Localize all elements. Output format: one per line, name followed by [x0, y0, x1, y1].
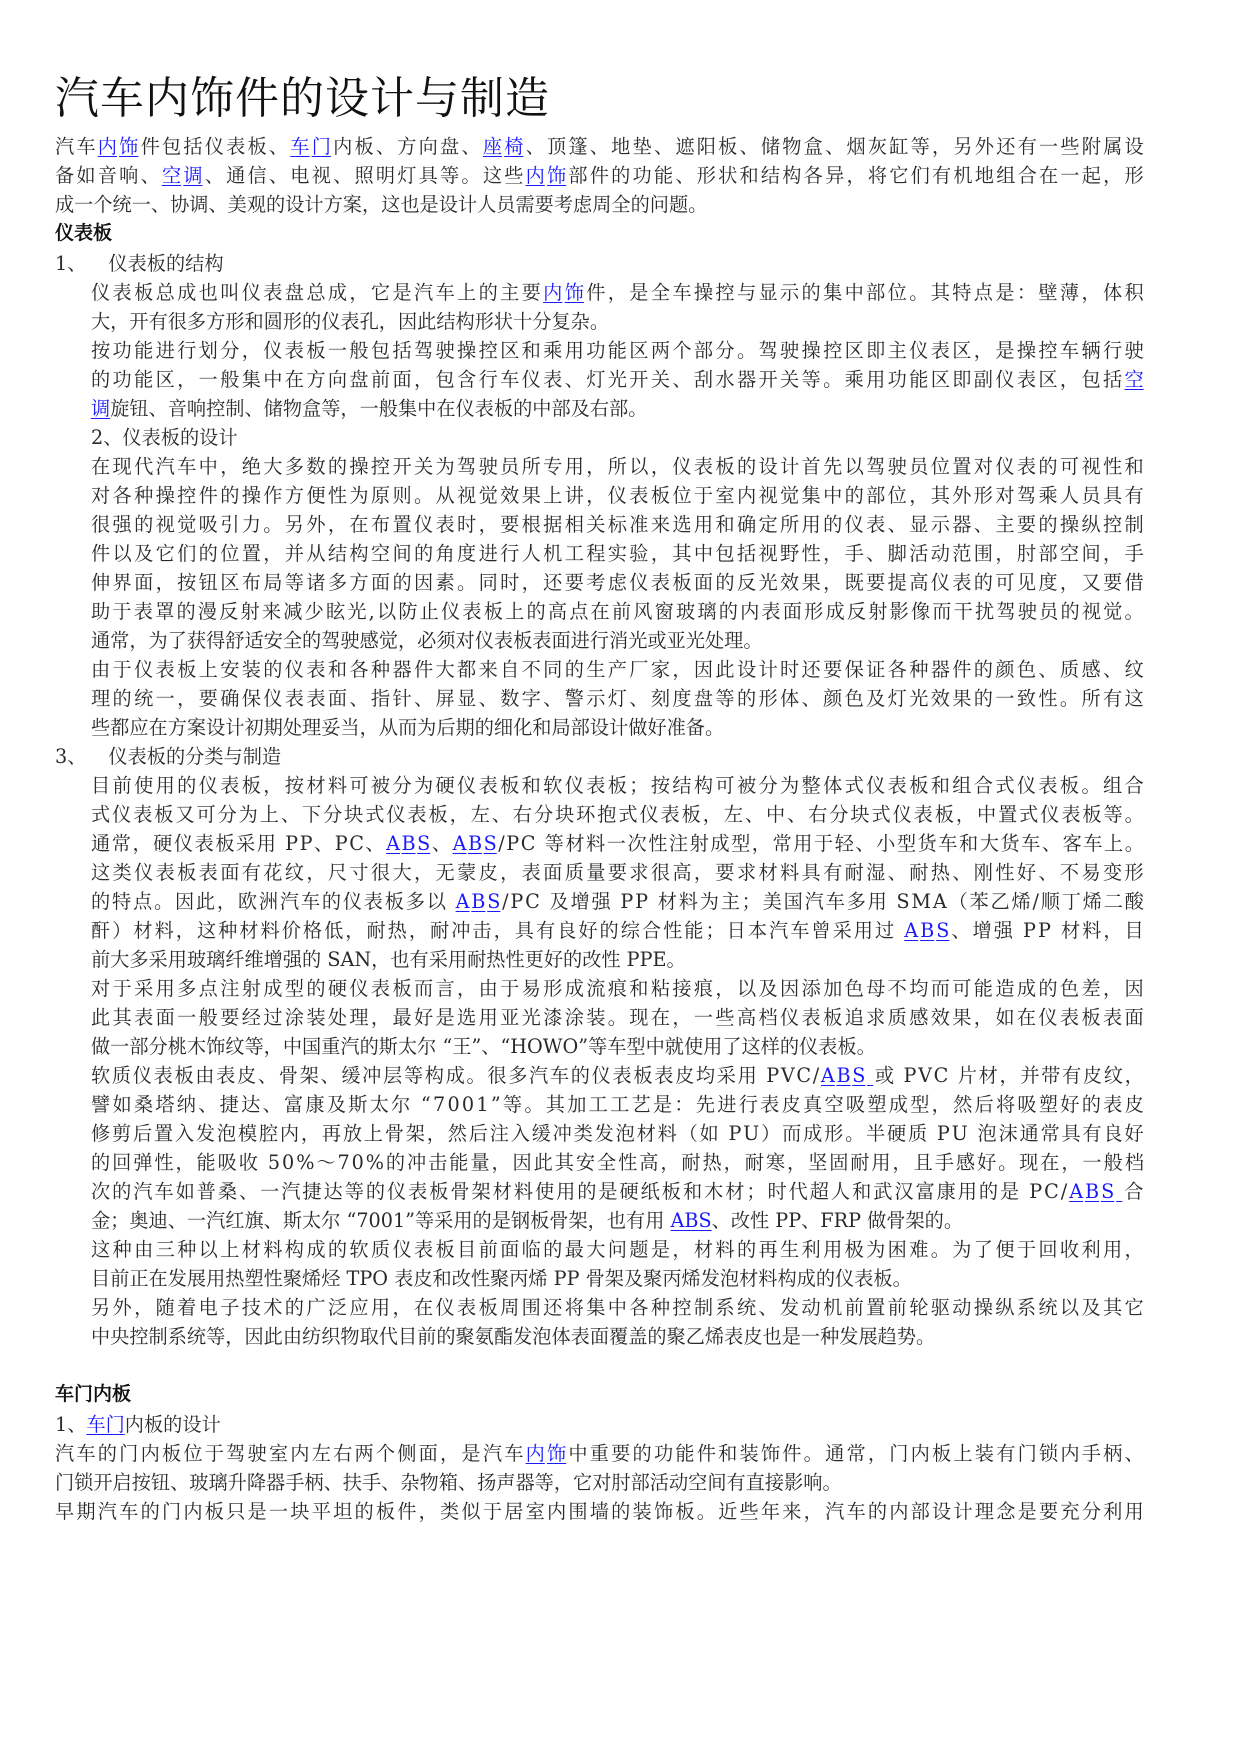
inline-link[interactable]: 调 [91, 397, 110, 420]
char: 光 [758, 568, 777, 597]
char: 加 [823, 974, 842, 1003]
char: 着 [177, 1293, 196, 1322]
char: 上 [260, 800, 279, 829]
char: 统 [134, 684, 153, 713]
char: 区 [931, 365, 950, 394]
char: 而 [932, 597, 951, 626]
char: 板 [932, 1439, 951, 1468]
char: 功 [633, 161, 652, 190]
char: 能 [608, 336, 627, 365]
inline-link-char[interactable]: S [484, 829, 497, 858]
char: 烯 [1083, 887, 1102, 916]
char: 一 [995, 684, 1014, 713]
char: 强 [592, 887, 611, 916]
char: 的 [263, 655, 282, 684]
char: 烯 [1011, 887, 1030, 916]
char: 以 [199, 1235, 218, 1264]
char: 理 [91, 684, 110, 713]
char: 料 [715, 1235, 734, 1264]
char: 差 [1081, 974, 1100, 1003]
char: 有 [1125, 481, 1144, 510]
char: 效 [780, 568, 799, 597]
char: 表 [802, 1003, 821, 1032]
inline-link-char[interactable]: 车 [290, 132, 309, 161]
char: 性 [1038, 684, 1057, 713]
char: ， [371, 1003, 390, 1032]
char: 能 [684, 916, 703, 945]
char: 利 [802, 1235, 821, 1264]
char: 果 [802, 568, 821, 597]
char: 临 [522, 1235, 541, 1264]
char: 划 [199, 336, 218, 365]
char: 门 [1018, 1439, 1037, 1468]
char: 中 [977, 800, 996, 829]
char: 0 [282, 1148, 294, 1177]
char: 将 [996, 1090, 1015, 1119]
char: 操 [349, 452, 368, 481]
subsection-number: 1、 [55, 1413, 86, 1436]
text-line: 按功能进行划分，仪表板一般包括驾驶操控区和乘用功能区两个部分。驾驶操控区即主仪表… [91, 336, 1144, 365]
char: 射 [241, 597, 260, 626]
char: 入 [175, 1119, 194, 1148]
char: 左 [312, 1439, 331, 1468]
inline-link-char[interactable]: B [468, 829, 482, 858]
char: 分 [218, 800, 237, 829]
char: 区 [220, 568, 239, 597]
char: 一 [328, 336, 347, 365]
inline-link-char[interactable] [867, 1061, 873, 1090]
char: 板 [633, 1061, 652, 1090]
char: 型 [910, 1090, 929, 1119]
char: 有 [1082, 1119, 1101, 1148]
char: 回 [1038, 1235, 1057, 1264]
char: 过 [263, 1003, 282, 1032]
char: 表 [931, 336, 950, 365]
char: 以 [377, 597, 396, 626]
inline-link-char[interactable]: 门 [312, 132, 331, 161]
char: 合 [1124, 1177, 1143, 1206]
char: 注 [220, 974, 239, 1003]
char: 仪 [91, 278, 110, 307]
char: 本 [748, 916, 767, 945]
char: 位 [931, 452, 950, 481]
char: 员 [500, 452, 519, 481]
char: 果 [952, 684, 971, 713]
char: 康 [305, 1090, 324, 1119]
text-line: 金；奥迪、一汽红旗、斯太尔 “7001”等采用的是钢板骨架，也有用 ABS、改性… [91, 1206, 963, 1235]
char: 表 [134, 597, 153, 626]
char: 言 [436, 974, 455, 1003]
char: U [743, 1119, 759, 1148]
inline-link[interactable]: ABS [671, 1209, 712, 1232]
char: 体 [1103, 278, 1122, 307]
char: 们 [177, 539, 196, 568]
text-line: 对各种操控件的操作方便性为原则。从视觉效果上讲，仪表板位于室内视觉集中的部位，其… [91, 481, 1144, 510]
char: 轮 [909, 1293, 928, 1322]
inline-link-char[interactable]: 内 [526, 161, 545, 190]
char: 种 [651, 1293, 670, 1322]
char: 分 [323, 800, 342, 829]
char: 个 [376, 1439, 395, 1468]
char: 仪 [436, 1293, 455, 1322]
inline-link-char[interactable]: S [487, 887, 500, 916]
inline-link-char[interactable]: B [471, 887, 485, 916]
char: 泡 [978, 1119, 997, 1148]
char: 发 [595, 1119, 614, 1148]
char: 粘 [651, 974, 670, 1003]
char: 而 [931, 974, 950, 1003]
char: 表 [285, 684, 304, 713]
char: （ [679, 1119, 698, 1148]
char: 盘 [440, 132, 459, 161]
char: 仪 [909, 336, 928, 365]
char: 洲 [259, 887, 278, 916]
char: 大 [392, 858, 411, 887]
char: ， [1125, 1061, 1144, 1090]
char: 系 [1017, 1293, 1036, 1322]
char: P [1029, 1177, 1042, 1206]
char: 来 [262, 597, 281, 626]
char: 内 [290, 1439, 309, 1468]
char: 止 [420, 597, 439, 626]
char: 驱 [931, 1293, 950, 1322]
char: 强 [994, 916, 1013, 945]
char: 行 [1103, 336, 1122, 365]
char: 吸 [218, 1148, 237, 1177]
char: 。 [414, 481, 433, 510]
char: 干 [954, 597, 973, 626]
char: 另 [91, 1293, 110, 1322]
char: 是 [1000, 1177, 1019, 1206]
char: 很 [651, 858, 670, 887]
char: 的 [737, 1235, 756, 1264]
char: 上 [199, 655, 218, 684]
char: 仪 [134, 655, 153, 684]
char: 音 [98, 161, 117, 190]
inline-link-char[interactable] [1116, 1177, 1122, 1206]
char: 照 [354, 161, 373, 190]
char: P [506, 829, 519, 858]
inline-link-char[interactable]: 内 [543, 278, 562, 307]
char: 使 [134, 771, 153, 800]
char: 璃 [697, 597, 716, 626]
inline-link-char[interactable]: 饰 [119, 132, 138, 161]
inline-link-char[interactable]: S [852, 1061, 865, 1090]
char: 寒 [766, 1148, 785, 1177]
char: 间 [392, 539, 411, 568]
char: 等 [404, 1061, 423, 1090]
char: 汽 [55, 132, 74, 161]
char: 。 [461, 161, 480, 190]
char: 能 [449, 1148, 468, 1177]
char: 用 [556, 1177, 575, 1206]
char: 计 [780, 452, 799, 481]
char: 证 [866, 655, 885, 684]
char: 操 [457, 336, 476, 365]
char: 斯 [348, 1090, 367, 1119]
char: 大 [586, 1235, 605, 1264]
char: 状 [718, 161, 737, 190]
inline-link-char[interactable]: B [402, 829, 416, 858]
text-line: 备如音响、空调、通信、电视、照明灯具等。这些内饰部件的功能、形状和结构各异，将它… [55, 161, 1144, 190]
char: U [952, 1119, 968, 1148]
char: 材 [658, 887, 677, 916]
inline-link-char[interactable]: 饰 [547, 1439, 566, 1468]
char: 板 [174, 1061, 193, 1090]
char: 度 [1038, 568, 1057, 597]
char: 变 [1103, 858, 1122, 887]
inline-link-char[interactable]: B [836, 1061, 850, 1090]
char: 这 [197, 916, 216, 945]
inline-link-char[interactable]: 座 [483, 132, 502, 161]
char: 目 [91, 771, 110, 800]
char: 功 [586, 336, 605, 365]
char: P [903, 1061, 916, 1090]
inline-link-char[interactable]: 饰 [565, 278, 584, 307]
char: 0 [462, 1090, 474, 1119]
inline-link-char[interactable]: A [453, 829, 467, 858]
char: 求 [629, 858, 648, 887]
inline-link-char[interactable]: 内 [526, 1439, 545, 1468]
char: P [1038, 916, 1051, 945]
char: 器 [392, 655, 411, 684]
char: 定 [758, 510, 777, 539]
char: 响 [119, 161, 138, 190]
char [260, 1148, 266, 1177]
char: 痕 [694, 974, 713, 1003]
char: C [934, 1061, 949, 1090]
char: 内 [911, 1439, 930, 1468]
char: 力 [242, 510, 261, 539]
char: 表 [914, 800, 933, 829]
char: 验 [629, 539, 648, 568]
char: 在 [651, 1003, 670, 1032]
char: 和 [522, 771, 541, 800]
char: 表 [134, 1003, 153, 1032]
char: 向 [419, 132, 438, 161]
char: 热 [388, 916, 407, 945]
char: ， [306, 858, 325, 887]
char: ， [414, 858, 433, 887]
document-title: 汽车内饰件的设计与制造 [55, 70, 550, 128]
char: 成 [306, 1235, 325, 1264]
char: 刚 [974, 858, 993, 887]
inline-link-char[interactable]: S [1101, 1177, 1114, 1206]
char: 控 [1103, 510, 1122, 539]
char: 低 [324, 916, 343, 945]
char: 等 [545, 829, 564, 858]
inline-link-char[interactable]: A [821, 1061, 835, 1090]
inline-link-char[interactable]: 椅 [504, 132, 523, 161]
char: 灯 [608, 684, 627, 713]
char: “ [421, 1090, 431, 1119]
char: 包 [1081, 365, 1100, 394]
char: 仪 [672, 452, 691, 481]
char: 的 [974, 568, 993, 597]
text-line: 由于仪表板上安装的仪表和各种器件大都来自不同的生产厂家，因此设计时还要保证各种器… [91, 655, 1144, 684]
char: 皮 [479, 858, 498, 887]
char: 硬 [153, 829, 172, 858]
char: 置 [154, 1119, 173, 1148]
char: 准 [629, 510, 648, 539]
char: 表 [154, 1061, 173, 1090]
char: , [369, 597, 375, 626]
inline-link-char[interactable]: S [417, 829, 430, 858]
char: 对 [91, 481, 110, 510]
text-line: 很强的视觉吸引力。另外，在布置仪表时，要根据相关标准来选用和确定所用的仪表、显示… [91, 510, 1144, 539]
char: 类 [440, 1497, 459, 1526]
char: 是 [248, 1497, 267, 1526]
char: 表 [866, 510, 885, 539]
char: ～ [316, 1148, 335, 1177]
inline-link-char[interactable]: A [456, 887, 470, 916]
char: 刮 [694, 365, 713, 394]
inline-link-char[interactable]: 空 [1125, 365, 1144, 394]
char: 车 [500, 365, 519, 394]
char: 板 [718, 132, 737, 161]
char: 绝 [242, 452, 261, 481]
char: 板 [1082, 800, 1101, 829]
char: 板 [608, 771, 627, 800]
char: 篷 [568, 132, 587, 161]
char: 装 [306, 1003, 325, 1032]
char: 、 [825, 132, 844, 161]
text-line: 前大多采用玻璃纤维增强的 SAN，也有采用耐热性更好的改性 PPE。 [91, 945, 686, 974]
char: 表 [694, 452, 713, 481]
char: 构 [349, 539, 368, 568]
char: 表 [651, 568, 670, 597]
char: 布 [242, 568, 261, 597]
char: 材 [979, 1061, 998, 1090]
char: 由 [195, 1061, 214, 1090]
char: 一 [1083, 1148, 1102, 1177]
char: 的 [571, 1061, 590, 1090]
inline-link-char[interactable]: A [1069, 1177, 1083, 1206]
char: 壁 [1038, 278, 1057, 307]
inline-link-char[interactable]: S [936, 916, 949, 945]
char: 蒙 [457, 858, 476, 887]
subsection-number: 3、 [55, 745, 86, 768]
char: 最 [565, 1235, 584, 1264]
char: 板 [429, 1177, 448, 1206]
char: 上 [220, 1235, 239, 1264]
char: 光 [522, 1003, 541, 1032]
char: 、 [320, 1061, 339, 1090]
char: 为 [780, 771, 799, 800]
char: ， [1103, 974, 1122, 1003]
char: 7 [433, 1090, 445, 1119]
text-run: 些都应在方案设计初期处理妥当，从而为后期的细化和局部设计做好准备。 [91, 716, 724, 739]
char: 据 [543, 510, 562, 539]
char: 增 [571, 887, 590, 916]
char: 异 [825, 161, 844, 190]
char: ， [301, 1119, 320, 1148]
char: 内 [737, 481, 756, 510]
char: 现 [629, 1003, 648, 1032]
char: 为 [866, 1235, 885, 1264]
subsection-number: 1、 [55, 252, 86, 275]
char: 的 [543, 1235, 562, 1264]
door-link[interactable]: 车门 [86, 1413, 124, 1436]
char: 周 [500, 1293, 519, 1322]
char: 车 [672, 278, 691, 307]
char: 材 [242, 1235, 261, 1264]
char: 内 [183, 1497, 202, 1526]
char: 生 [586, 655, 605, 684]
char: 表 [586, 771, 605, 800]
inline-link-char[interactable]: B [920, 916, 934, 945]
char: 冲 [407, 1148, 426, 1177]
char: 所 [1081, 684, 1100, 713]
char: 设 [1125, 132, 1144, 161]
char: 围 [568, 1497, 587, 1526]
inline-link-char[interactable]: B [1085, 1177, 1099, 1206]
char: P [635, 887, 648, 916]
text-line: 理的统一，要确保仪表表面、指针、屏显、数字、警示灯、刻度盘等的形体、颜色及灯光效… [91, 684, 1144, 713]
text-line: 调旋钮、音响控制、储物盒等，一般集中在仪表板的中部及右部。 [91, 394, 647, 423]
text-run: 中央控制系统等，因此由纺织物取代目前的聚氨酯发泡体表面覆盖的聚乙烯表皮也是一种发… [91, 1325, 935, 1348]
char: 、 [365, 829, 384, 858]
char: 车 [76, 132, 95, 161]
inline-link-char[interactable]: 饰 [547, 161, 566, 190]
char [896, 916, 902, 945]
char: 太 [370, 1090, 389, 1119]
inline-link-char[interactable]: A [904, 916, 918, 945]
char: 用 [793, 829, 812, 858]
char: 式 [365, 800, 384, 829]
char: 作 [263, 481, 282, 510]
inline-link-char[interactable]: A [386, 829, 400, 858]
char: 面 [134, 568, 153, 597]
char: 成 [803, 1119, 822, 1148]
char: 致 [1017, 684, 1036, 713]
char: 日 [727, 916, 746, 945]
char: ， [156, 568, 175, 597]
char: 骨 [385, 1119, 404, 1148]
text-line: 大，开有很多方形和圆形的仪表孔，因此结构形状十分复杂。 [91, 307, 609, 336]
inline-link-char[interactable]: 空 [162, 161, 181, 190]
inline-link-char[interactable]: 调 [183, 161, 202, 190]
char: 好 [977, 1148, 996, 1177]
char: 操 [694, 278, 713, 307]
char: 以 [629, 452, 648, 481]
char: 构 [425, 1061, 444, 1090]
char: 击 [472, 916, 491, 945]
char: 是 [653, 1090, 672, 1119]
text-line: 目前正在发展用热塑性聚烯烃 TPO 表皮和改性聚丙烯 PP 骨架及聚丙烯发泡材料… [91, 1264, 912, 1293]
inline-link-char[interactable]: 内 [98, 132, 117, 161]
text-line: 汽车内饰件包括仪表板、车门内板、方向盘、座椅、顶篷、地垫、遮阳板、储物盒、烟灰缸… [55, 132, 1144, 161]
char: ， [1061, 1148, 1080, 1177]
char: 并 [285, 539, 304, 568]
char: 形 [974, 481, 993, 510]
char: 不 [888, 974, 907, 1003]
char: 和 [931, 771, 950, 800]
char: ， [220, 452, 239, 481]
char: 确 [737, 510, 756, 539]
char: 般 [199, 1003, 218, 1032]
char: 由 [479, 974, 498, 1003]
char: 汉 [894, 1177, 913, 1206]
char: 高 [737, 1003, 756, 1032]
char: 形 [1125, 161, 1144, 190]
char: 综 [621, 916, 640, 945]
char: 问 [608, 1235, 627, 1264]
char: V [918, 1061, 932, 1090]
char: 对 [91, 974, 110, 1003]
char: 门 [119, 1439, 138, 1468]
char: 构 [694, 771, 713, 800]
